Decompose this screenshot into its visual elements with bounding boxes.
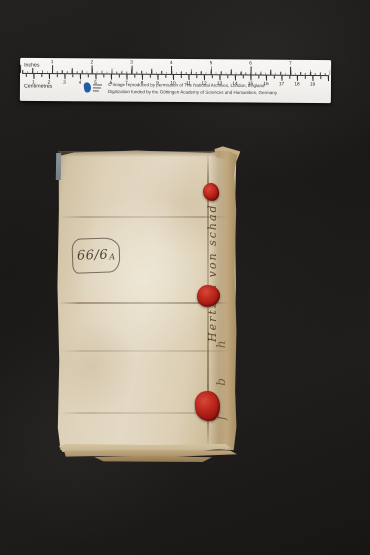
crease-line bbox=[59, 350, 229, 352]
flap-handwriting-lower: f b h bbox=[214, 300, 234, 448]
letter-document: Hertzen von schad f b h 66/6A bbox=[56, 150, 237, 463]
copyright-line-2: Digitization funded by the Göttingen Aca… bbox=[108, 88, 338, 97]
centimetres-label: Centimetres bbox=[24, 83, 52, 89]
measurement-ruler: Inches 1234567 1234567891011121314151617… bbox=[20, 58, 331, 103]
wax-seal-bottom bbox=[194, 390, 221, 421]
archival-reference-mark: 66/6A bbox=[71, 237, 120, 274]
cm-number: 3 bbox=[63, 80, 66, 86]
bottom-fold-edge bbox=[94, 456, 212, 462]
paper-edge-sliver bbox=[56, 153, 61, 180]
prize-papers-logo bbox=[84, 81, 104, 96]
bottom-fold-edge bbox=[64, 450, 237, 457]
photo-background: Inches 1234567 1234567891011121314151617… bbox=[0, 0, 370, 555]
archival-reference-number: 66/6 bbox=[77, 248, 109, 264]
cm-number: 4 bbox=[79, 80, 82, 86]
crease-line bbox=[59, 216, 229, 218]
archival-reference-suffix: A bbox=[109, 252, 115, 261]
logo-mark-icon bbox=[83, 82, 91, 93]
copyright-notice: © Image reproduced by permission of The … bbox=[108, 82, 338, 98]
